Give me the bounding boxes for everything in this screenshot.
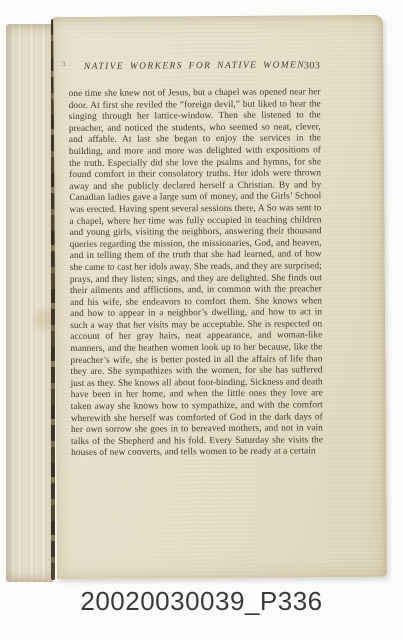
underlying-page-edge bbox=[6, 24, 53, 582]
catalog-id-label: 20020030039_P336 bbox=[0, 586, 403, 617]
running-header: NATIVE WORKERS FOR NATIVE WOMEN 303 bbox=[68, 60, 320, 72]
page-number: 303 bbox=[304, 60, 321, 71]
body-paragraph: one time she knew not of Jesus, but a ch… bbox=[69, 87, 324, 460]
gutter-signature-mark: 3 bbox=[62, 61, 65, 68]
book-photo-frame: 3 NATIVE WORKERS FOR NATIVE WOMEN 303 on… bbox=[0, 0, 403, 640]
book-page: 3 NATIVE WORKERS FOR NATIVE WOMEN 303 on… bbox=[53, 15, 387, 579]
running-header-title: NATIVE WORKERS FOR NATIVE WOMEN bbox=[84, 60, 305, 72]
